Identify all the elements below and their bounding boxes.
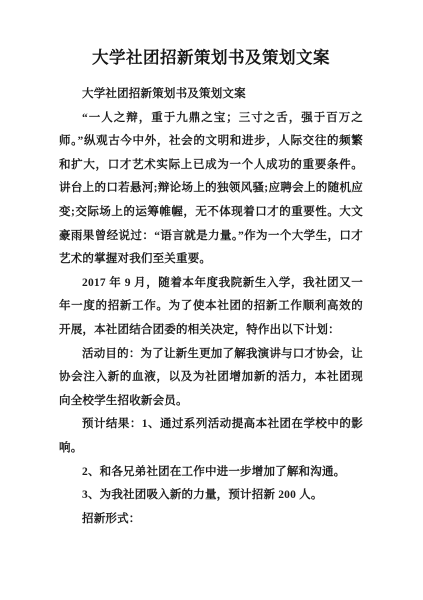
paragraph-activity-purpose: 活动目的：为了让新生更加了解我演讲与口才协会，让协会注入新的血液，以及为社团增加… (59, 343, 363, 414)
paragraph-background-2017: 2017 年 9 月，随着本年度我院新生入学，我社团又一年一度的招新工作。为了使… (59, 272, 363, 343)
paragraph-quote-intro: “一人之辩，重于九鼎之宝；三寸之舌，强于百万之师。”纵观古今中外，社会的文明和进… (59, 107, 363, 272)
document-body: 大学社团招新策划书及策划文案 “一人之辩，重于九鼎之宝；三寸之舌，强于百万之师。… (59, 83, 363, 531)
paragraph-recruit-format-heading: 招新形式： (59, 508, 363, 532)
paragraph-subtitle: 大学社团招新策划书及策划文案 (59, 83, 363, 107)
document-page: 大学社团招新策划书及策划文案 大学社团招新策划书及策划文案 “一人之辩，重于九鼎… (0, 0, 423, 600)
paragraph-expected-result-1: 预计结果：1、通过系列活动提高本社团在学校中的影响。 (59, 413, 363, 460)
document-title: 大学社团招新策划书及策划文案 (59, 46, 363, 70)
paragraph-expected-result-2: 2、和各兄弟社团在工作中进一步增加了解和沟通。 (59, 461, 363, 485)
paragraph-expected-result-3: 3、为我社团吸入新的力量，预计招新 200 人。 (59, 484, 363, 508)
